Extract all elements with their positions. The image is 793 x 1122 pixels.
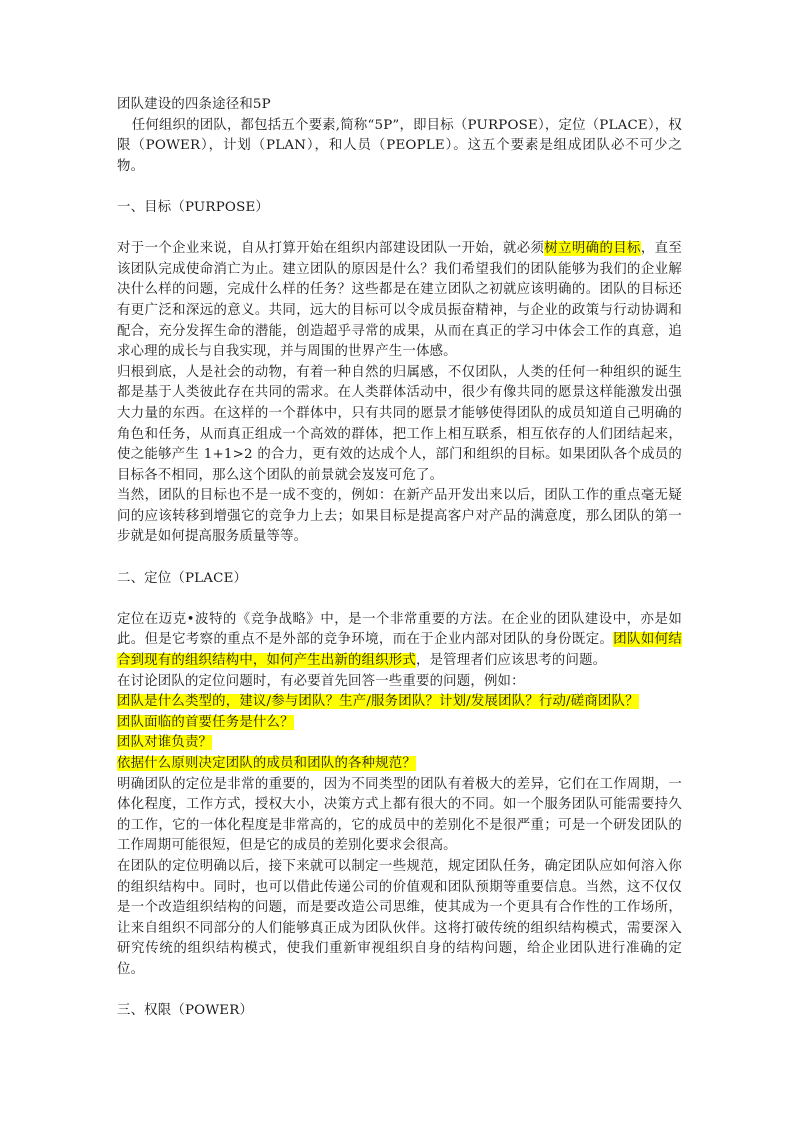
spacer <box>117 981 682 1002</box>
spacer <box>117 589 682 610</box>
place-paragraph-2: 在讨论团队的定位问题时，有必要首先回答一些重要的问题，例如： <box>117 672 682 693</box>
question-item: 团队是什么类型的，建议/参与团队？生产/服务团队？计划/发展团队？行动/磋商团队… <box>117 692 682 713</box>
text-run: 对于一个企业来说，自从打算开始在组织内部建设团队一开始，就必须 <box>117 241 544 256</box>
spacer <box>117 219 682 240</box>
purpose-paragraph-1: 对于一个企业来说，自从打算开始在组织内部建设团队一开始，就必须树立明确的目标，直… <box>117 239 682 363</box>
intro-paragraph: 任何组织的团队，都包括五个要素,简称“5P”，即目标（PURPOSE），定位（P… <box>117 116 682 178</box>
question-item: 团队对谁负责？ <box>117 733 682 754</box>
document-page: 团队建设的四条途径和5P 任何组织的团队，都包括五个要素,简称“5P”，即目标（… <box>117 95 682 1022</box>
highlighted-text: 树立明确的目标 <box>544 241 641 256</box>
place-paragraph-4: 在团队的定位明确以后，接下来就可以制定一些规范，规定团队任务，确定团队应如何溶入… <box>117 857 682 981</box>
place-question-list: 团队是什么类型的，建议/参与团队？生产/服务团队？计划/发展团队？行动/磋商团队… <box>117 692 682 774</box>
question-item: 团队面临的首要任务是什么？ <box>117 713 682 734</box>
highlighted-question: 团队对谁负责？ <box>117 735 212 750</box>
place-paragraph-1: 定位在迈克•波特的《竞争战略》中，是一个非常重要的方法。在企业的团队建设中，亦是… <box>117 610 682 672</box>
section-heading-place: 二、定位（PLACE） <box>117 569 682 590</box>
question-item: 依据什么原则决定团队的成员和团队的各种规范？ <box>117 754 682 775</box>
text-run: ，直至该团队完成使命消亡为止。建立团队的原因是什么？我们希望我们的团队能够为我们… <box>117 241 682 359</box>
spacer <box>117 177 682 198</box>
highlighted-question: 团队面临的首要任务是什么？ <box>117 715 294 730</box>
section-heading-power: 三、权限（POWER） <box>117 1001 682 1022</box>
highlighted-question: 团队是什么类型的，建议/参与团队？生产/服务团队？计划/发展团队？行动/磋商团队… <box>117 694 639 709</box>
document-title: 团队建设的四条途径和5P <box>117 95 682 116</box>
section-heading-purpose: 一、目标（PURPOSE） <box>117 198 682 219</box>
text-run: ，是管理者们应该思考的问题。 <box>416 653 606 668</box>
highlighted-question: 依据什么原则决定团队的成员和团队的各种规范？ <box>117 756 416 771</box>
purpose-paragraph-3: 当然，团队的目标也不是一成不变的，例如：在新产品开发出来以后，团队工作的重点毫无… <box>117 486 682 548</box>
place-paragraph-3: 明确团队的定位是非常的重要的，因为不同类型的团队有着极大的差异，它们在工作周期，… <box>117 775 682 857</box>
text-run: 定位在迈克•波特的《竞争战略》中，是一个非常重要的方法。在企业的团队建设中，亦是… <box>117 612 682 648</box>
purpose-paragraph-2: 归根到底，人是社会的动物，有着一种自然的归属感，不仅团队，人类的任何一种组织的诞… <box>117 363 682 487</box>
spacer <box>117 548 682 569</box>
